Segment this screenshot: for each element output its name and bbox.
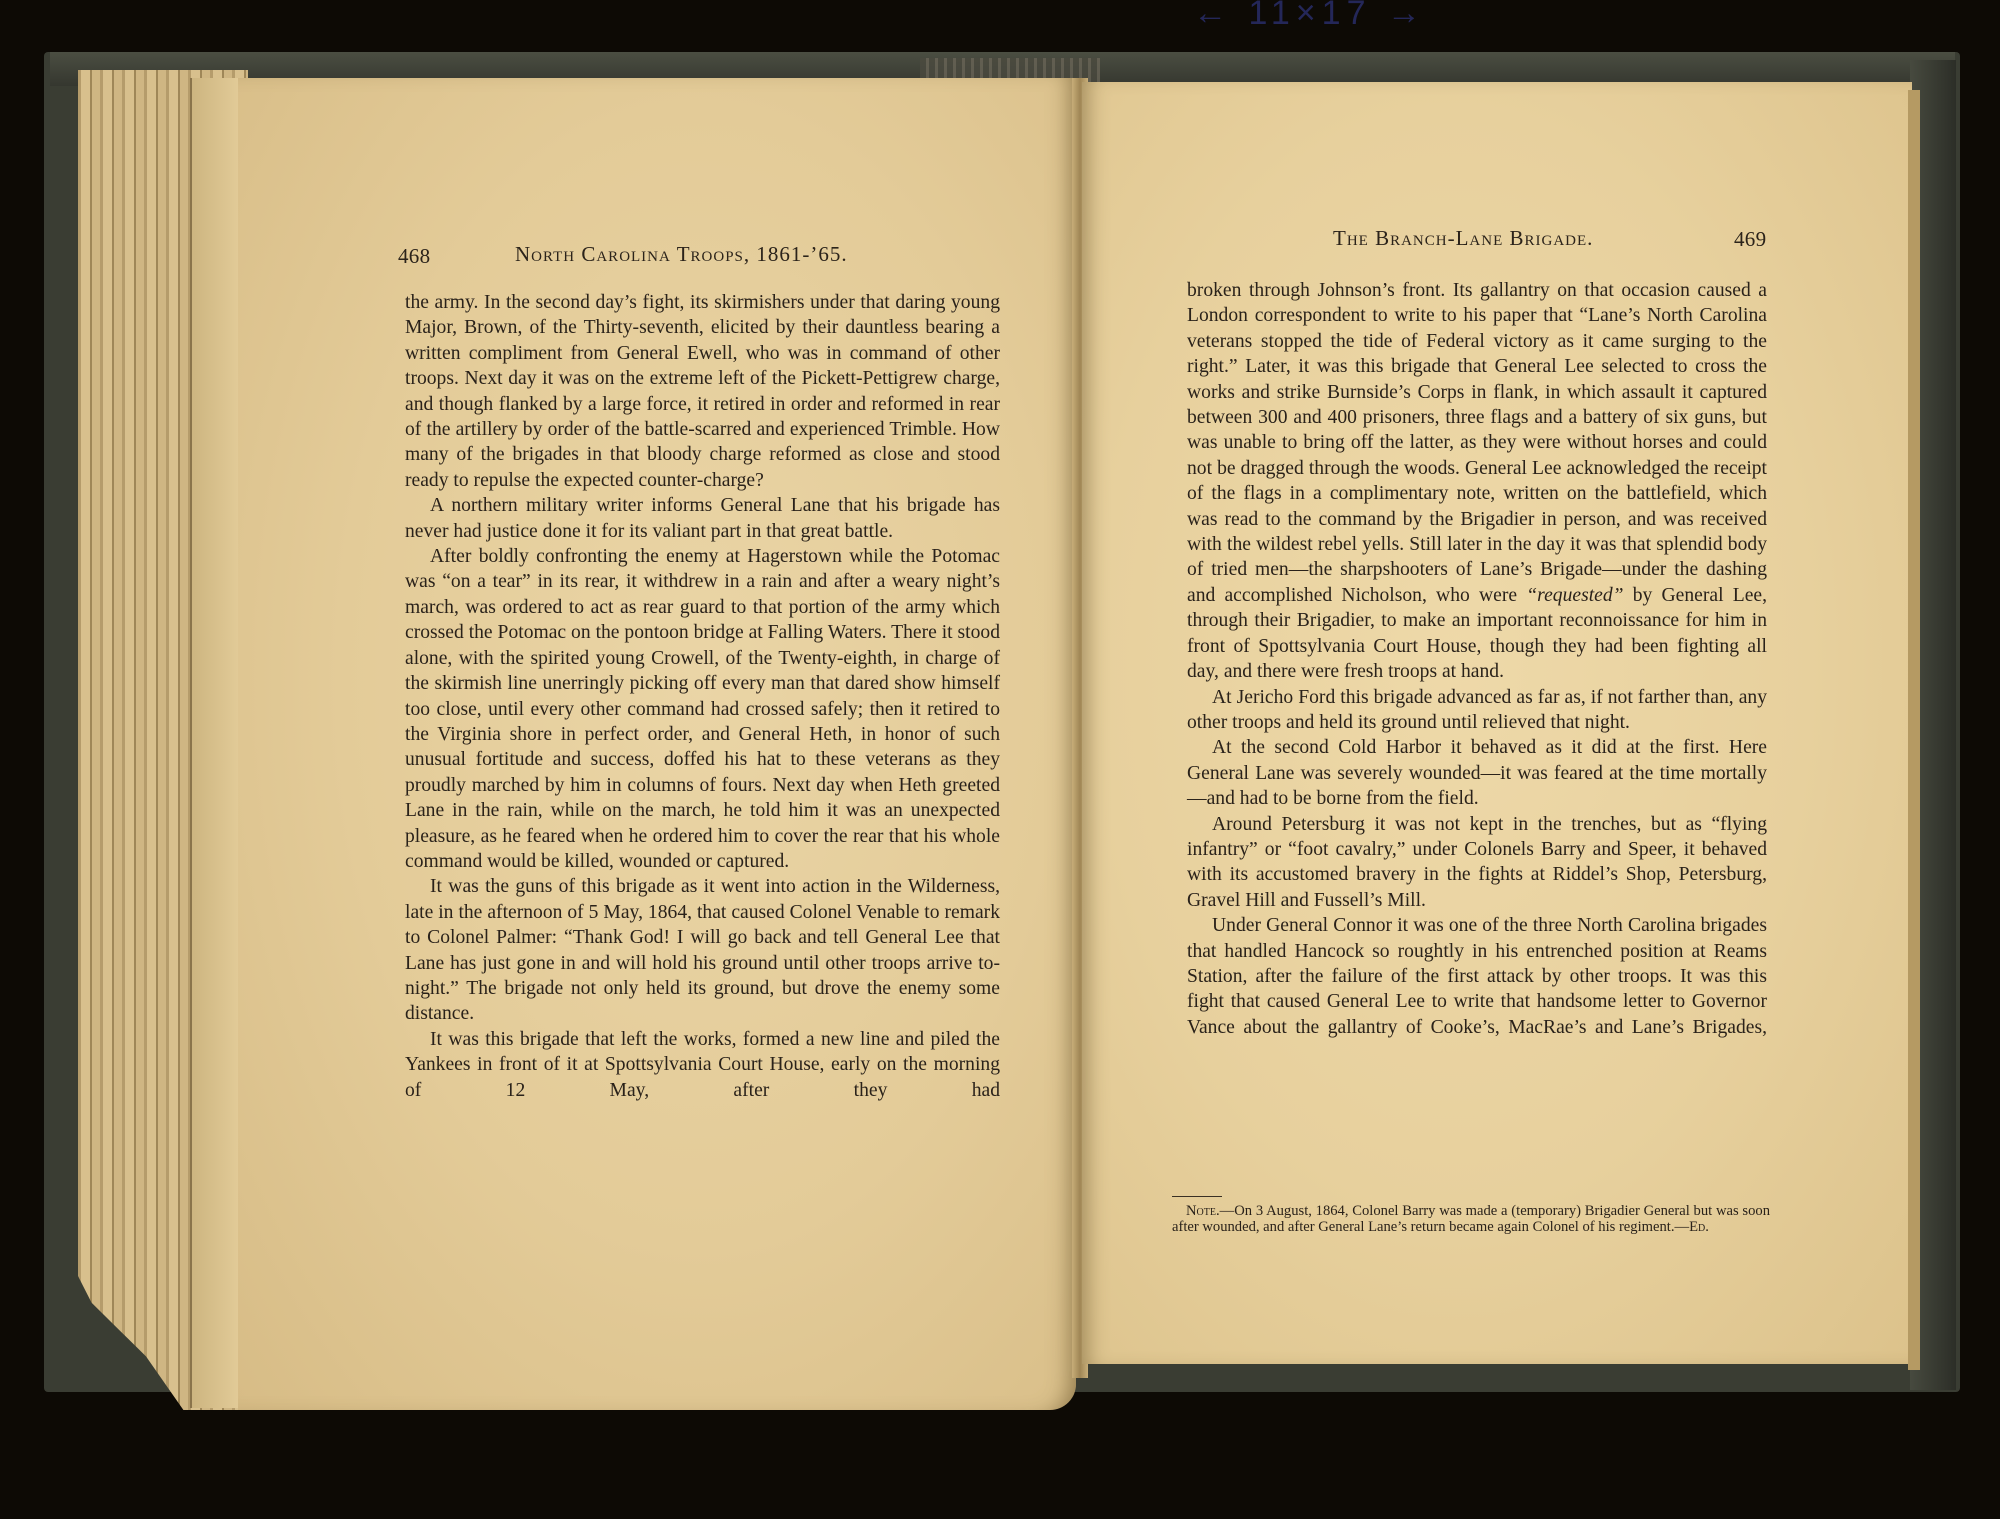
italic-emphasis: “requested” [1526, 585, 1623, 606]
running-head-text: The Branch-Lane Brigade. [1333, 226, 1593, 250]
page-edge-inner [190, 78, 242, 1408]
left-running-head: North Carolina Troops, 1861-’65. [515, 242, 848, 267]
paragraph: broken through Johnson’s front. Its gall… [1187, 278, 1767, 685]
paragraph-text: broken through Johnson’s front. Its gall… [1187, 280, 1767, 606]
footnote-text: —On 3 August, 1864, Colonel Barry was ma… [1172, 1203, 1770, 1235]
right-page-edge [1908, 90, 1920, 1370]
right-running-head: The Branch-Lane Brigade. [1333, 226, 1593, 251]
paragraph: A northern military writer informs Gener… [405, 493, 1000, 544]
left-page-body: the army. In the second day’s fight, its… [405, 290, 1000, 1103]
footnote-rule [1172, 1196, 1222, 1197]
right-page-body: broken through Johnson’s front. Its gall… [1187, 278, 1767, 1040]
left-page-number: 468 [398, 244, 430, 269]
paragraph: Under General Connor it was one of the t… [1187, 913, 1767, 1040]
footnote-label: Note. [1186, 1203, 1220, 1219]
right-page-number: 469 [1734, 227, 1766, 252]
paragraph: It was the guns of this brigade as it we… [405, 874, 1000, 1026]
footnote: Note.—On 3 August, 1864, Colonel Barry w… [1172, 1203, 1770, 1235]
paragraph: the army. In the second day’s fight, its… [405, 290, 1000, 493]
paragraph: At the second Cold Harbor it behaved as … [1187, 735, 1767, 811]
paragraph: At Jericho Ford this brigade advanced as… [1187, 685, 1767, 736]
paragraph: After boldly confronting the enemy at Ha… [405, 544, 1000, 874]
footnote-signature: Ed. [1689, 1219, 1709, 1235]
scan-size-marker: ← 11×17 → [1130, 0, 1490, 30]
paragraph: It was this brigade that left the works,… [405, 1027, 1000, 1103]
running-head-text: North Carolina Troops, 1861-’65. [515, 242, 848, 266]
paragraph: Around Petersburg it was not kept in the… [1187, 812, 1767, 914]
